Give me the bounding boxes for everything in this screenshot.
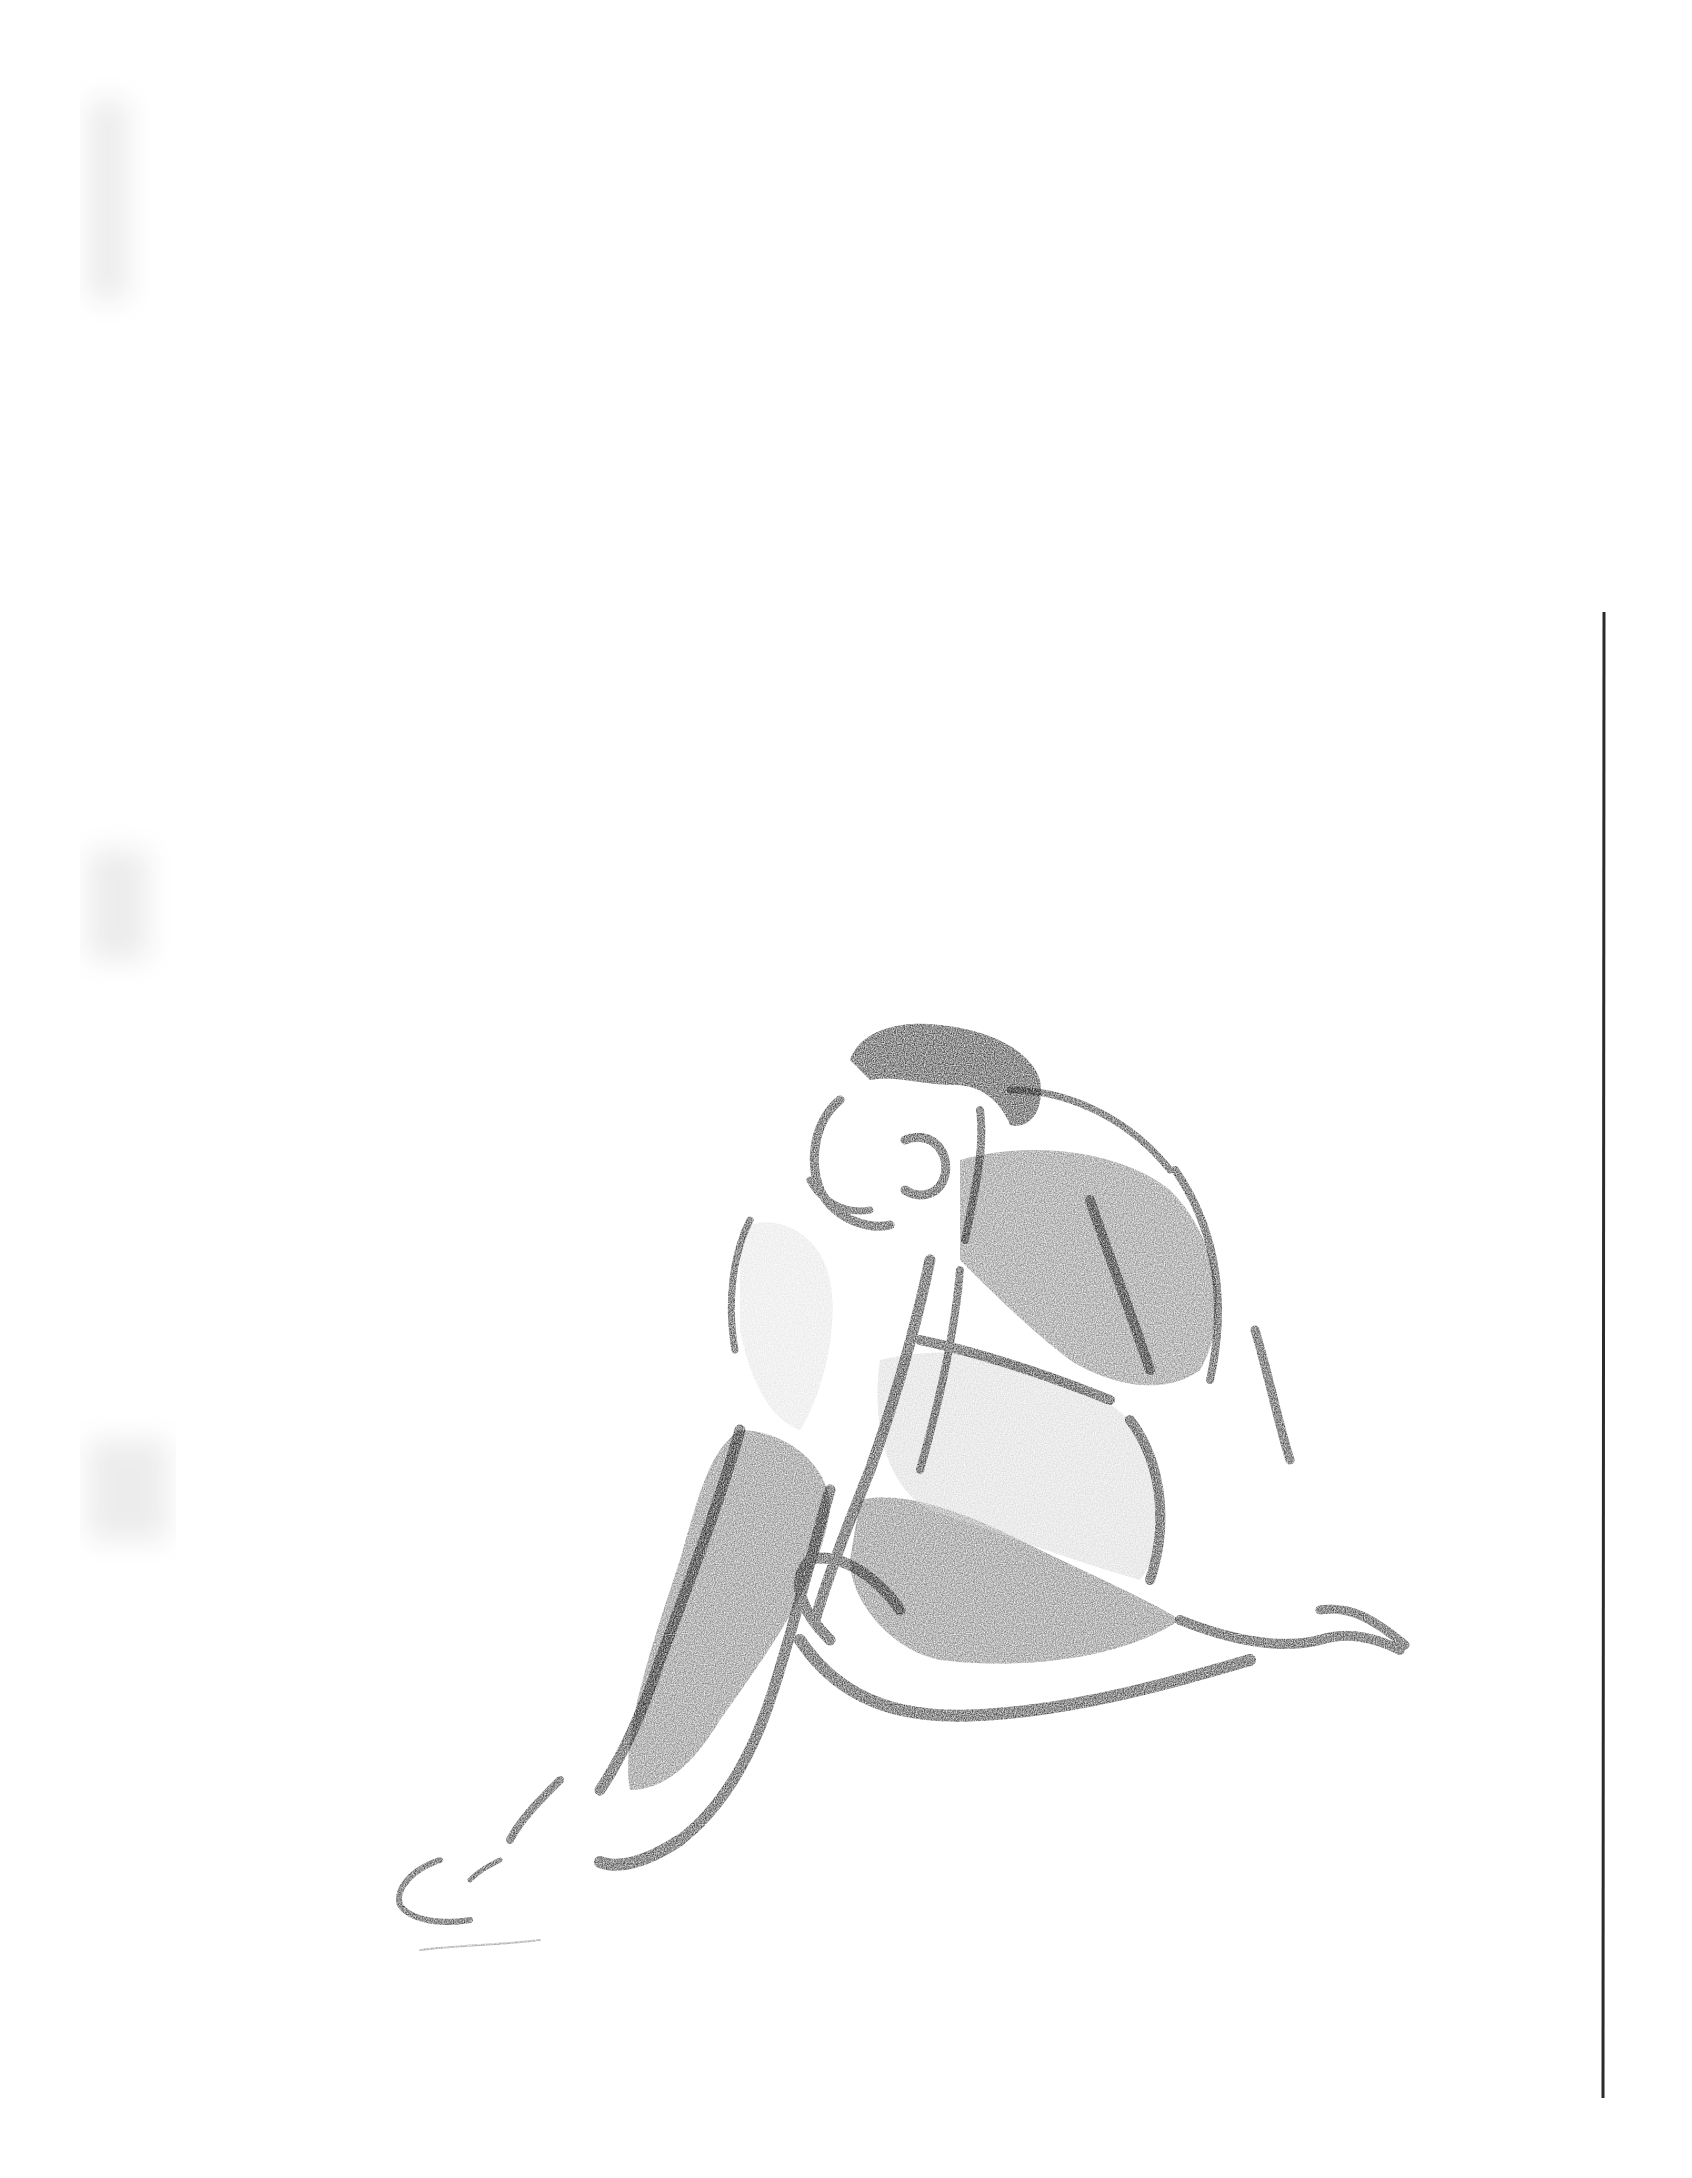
ear-curve	[905, 1137, 946, 1195]
smudge-top	[88, 100, 128, 300]
toe-mark	[470, 1860, 500, 1880]
smudge-low	[88, 1440, 168, 1540]
foot-tucked	[1180, 1620, 1400, 1650]
charcoal-figure-drawing	[0, 0, 1692, 2178]
toes	[399, 1860, 470, 1922]
ankle-heel	[600, 1840, 680, 1865]
smudge-mid	[88, 850, 148, 960]
hair	[850, 1024, 1041, 1126]
paper-edge-line	[1603, 612, 1604, 2098]
floor-hint	[420, 1940, 540, 1950]
arm-light-shading	[740, 1222, 833, 1430]
back-lower	[1255, 1330, 1290, 1460]
paper-smudges	[88, 100, 168, 1540]
back-shading	[960, 1150, 1217, 1385]
instep	[510, 1780, 560, 1840]
seated-figure	[399, 1024, 1405, 1950]
